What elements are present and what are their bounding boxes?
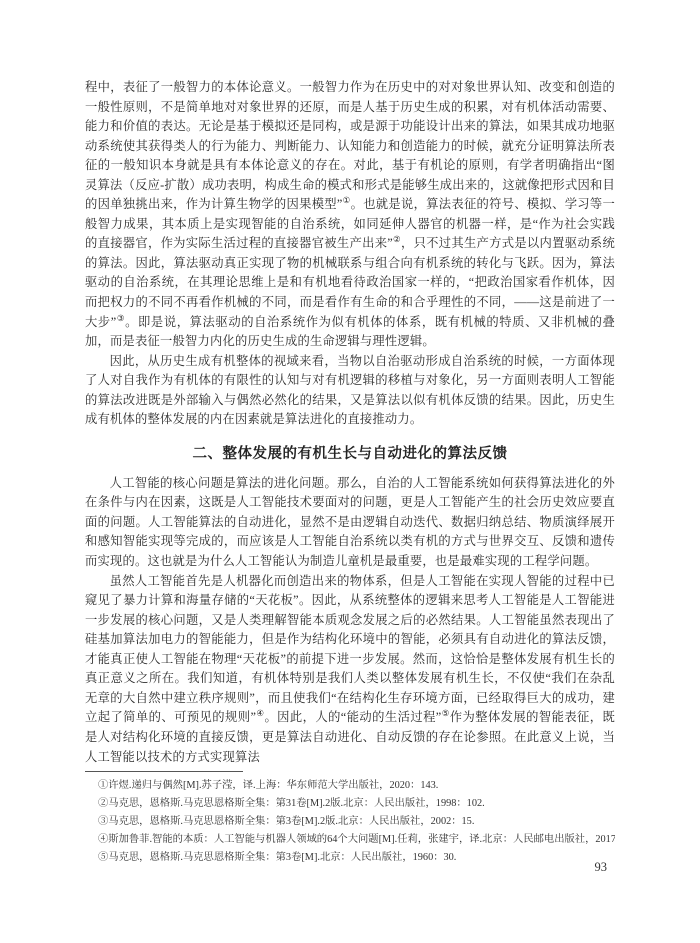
- document-page: 程中，表征了一般智力的本体论意义。一般智力作为在历史中的对对象世界认知、改变和创…: [0, 0, 700, 943]
- footnote-item: ②马克思，恩格斯.马克思恩格斯全集：第31卷[M].2版.北京：人民出版社，19…: [85, 795, 615, 813]
- paragraph: 人工智能的核心问题是算法的进化问题。那么，自治的人工智能系统如何获得算法进化的外…: [85, 474, 615, 572]
- body-text: 程中，表征了一般智力的本体论意义。一般智力作为在历史中的对对象世界认知、改变和创…: [85, 78, 615, 767]
- paragraph: 虽然人工智能首先是人机器化而创造出来的物体系，但是人工智能在实现人智能的过程中已…: [85, 572, 615, 767]
- footnote-item: ①许煜.递归与偶然[M].苏子滢，译.上海：华东师范大学出版社，2020：143…: [85, 777, 615, 795]
- paragraph: 因此，从历史生成有机整体的视域来看，当物以自治驱动形成自治系统的时候，一方面体现…: [85, 352, 615, 430]
- footnote-item: ④斯加鲁菲.智能的本质：人工智能与机器人领域的64个大问题[M].任莉，张建宇，…: [85, 831, 615, 849]
- footnote-item: ③马克思，恩格斯.马克思恩格斯全集：第3卷[M].2版.北京：人民出版社，200…: [85, 813, 615, 831]
- paragraph-continuation: 程中，表征了一般智力的本体论意义。一般智力作为在历史中的对对象世界认知、改变和创…: [85, 78, 615, 352]
- footnote-divider: [85, 771, 243, 772]
- footnote-item: ⑤马克思，恩格斯.马克思恩格斯全集：第3卷[M].北京：人民出版社，1960：3…: [85, 849, 615, 867]
- section-heading: 二、整体发展的有机生长与自动进化的算法反馈: [85, 442, 615, 463]
- page-number: 93: [595, 860, 608, 875]
- footnotes-section: ①许煜.递归与偶然[M].苏子滢，译.上海：华东师范大学出版社，2020：143…: [85, 771, 615, 867]
